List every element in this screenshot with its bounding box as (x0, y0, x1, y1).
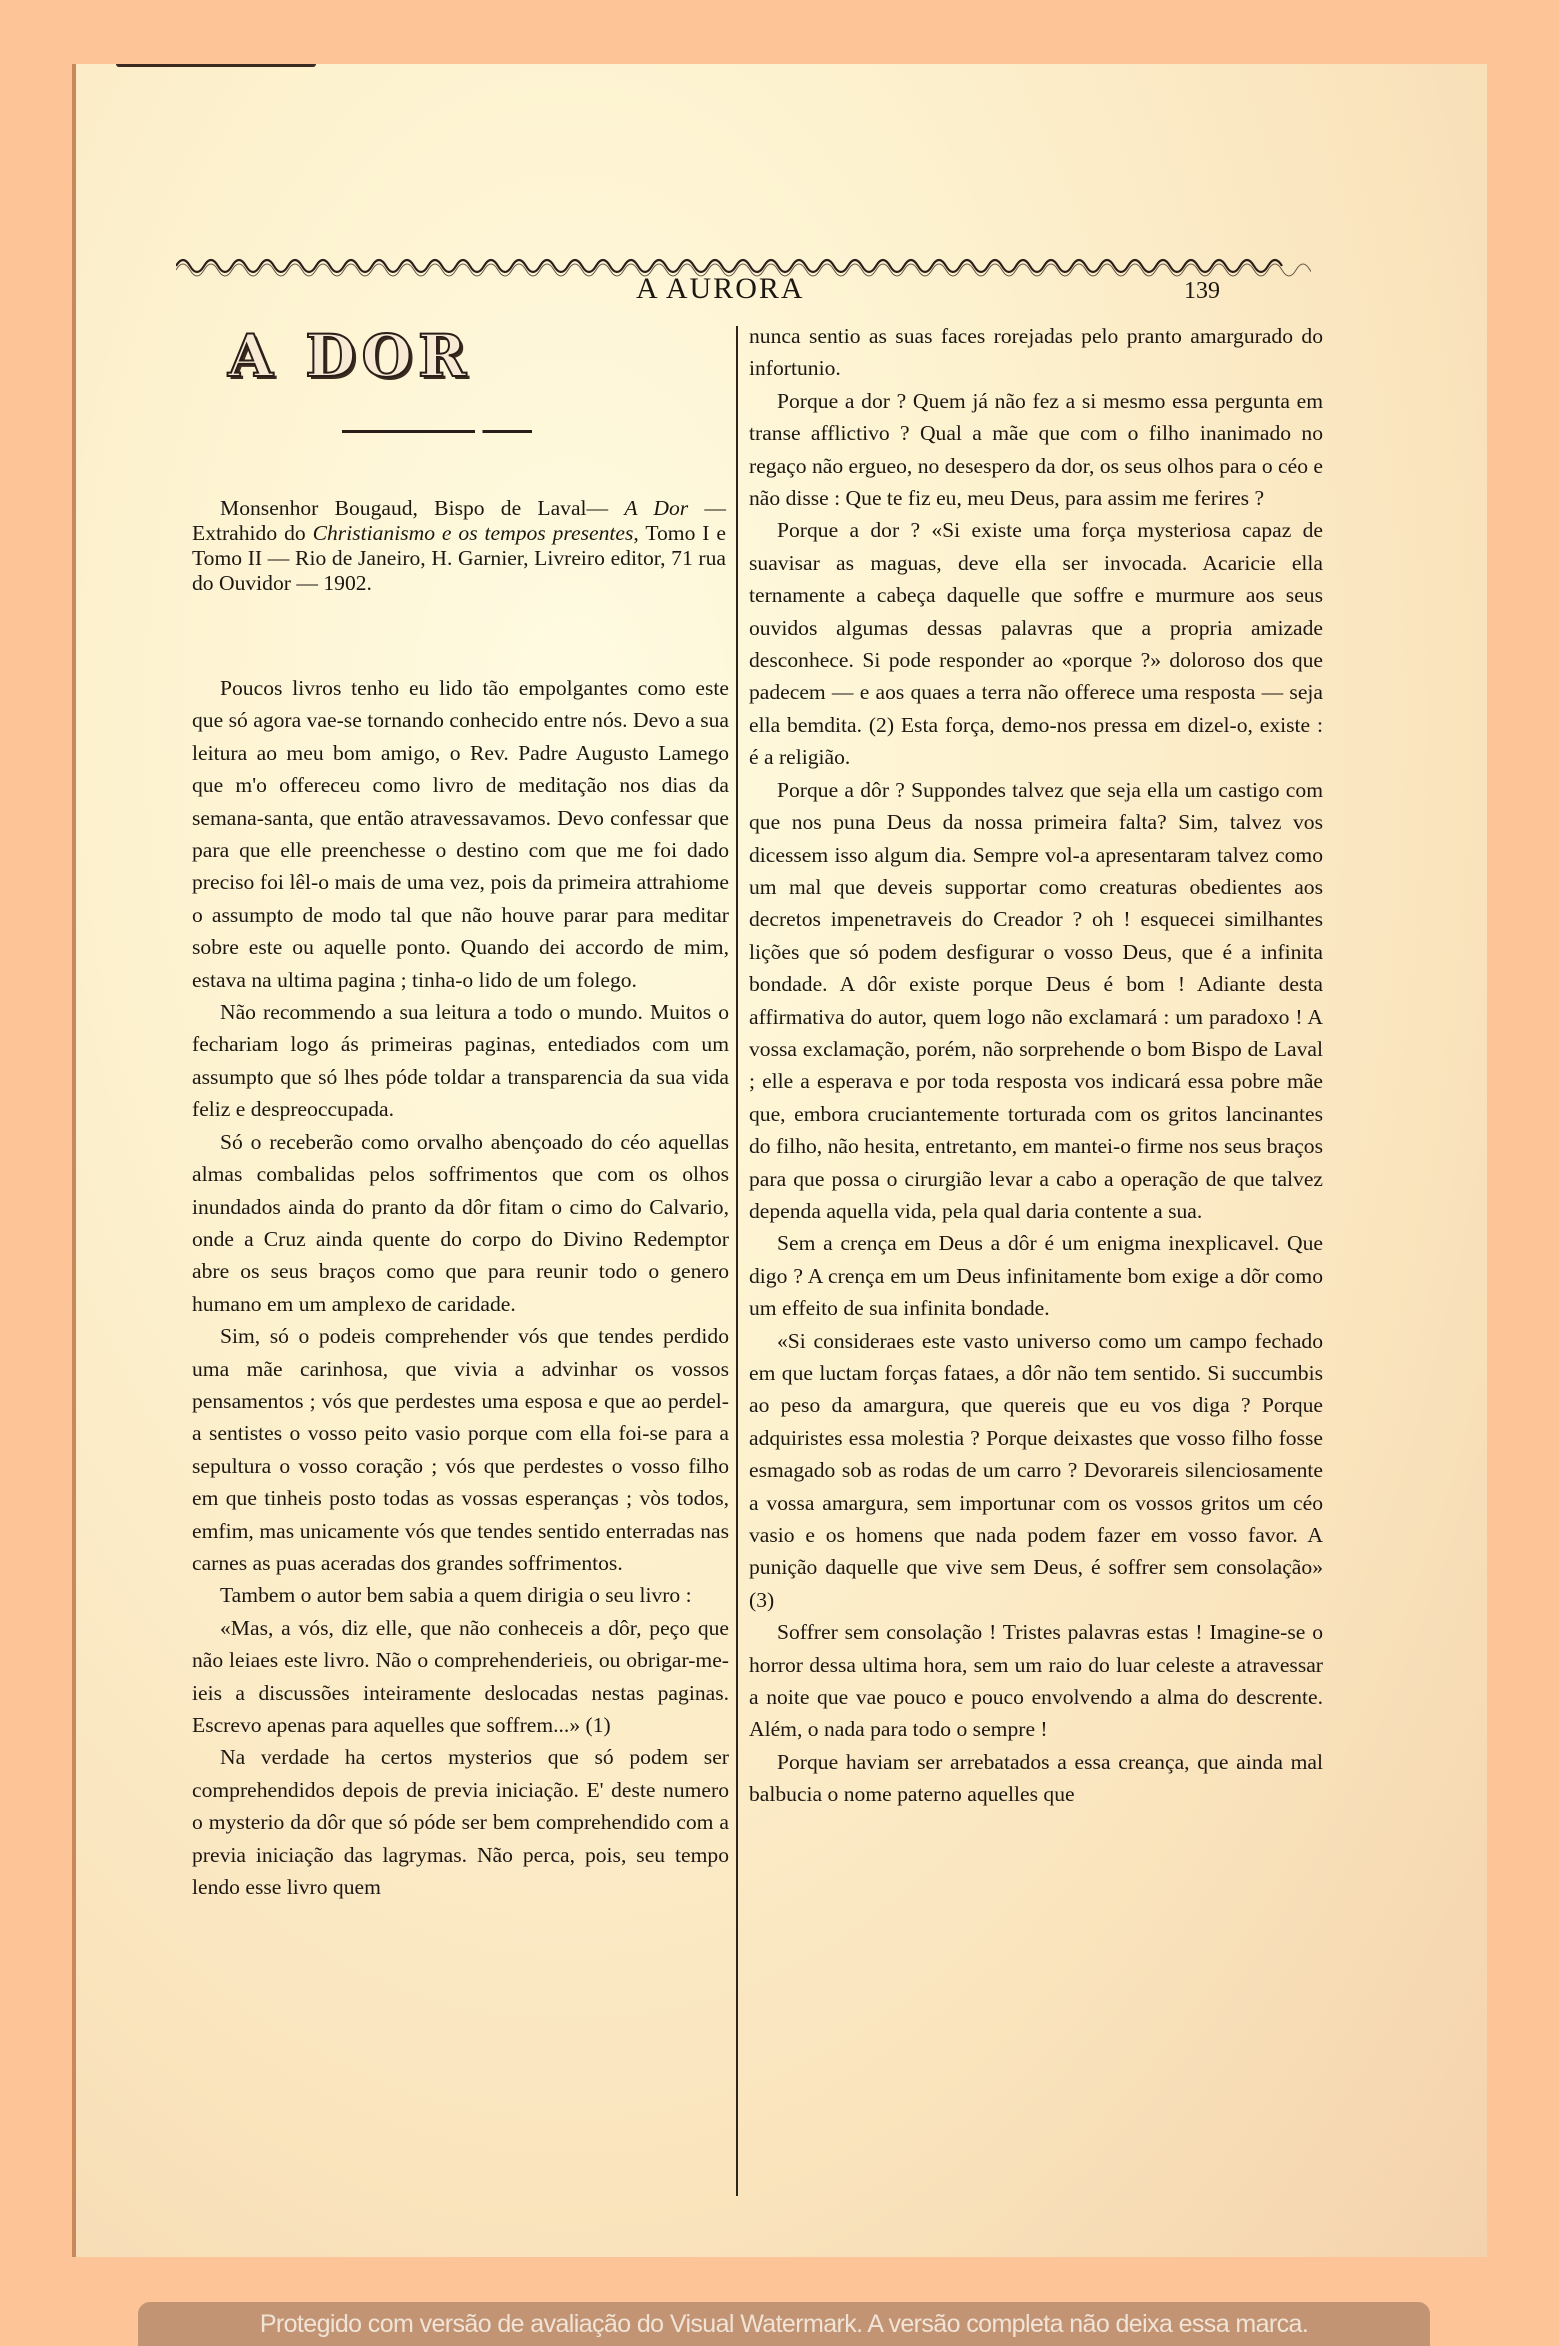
running-header: A AURORA 139 (76, 210, 1487, 250)
scanned-page: A AURORA 139 A DOR Monsenhor Bougaud, Bi… (72, 64, 1487, 2257)
paragraph: Não recommendo a sua leitura a todo o mu… (192, 996, 729, 1126)
paragraph: Tambem o autor bem sabia a quem dirigia … (192, 1579, 729, 1611)
paragraph: «Mas, a vós, diz elle, que não conheceis… (192, 1612, 729, 1742)
paragraph-continuation: nunca sentio as suas faces rorejadas pel… (749, 320, 1323, 385)
paragraph: Porque a dor ? Quem já não fez a si mesm… (749, 385, 1323, 515)
article-title: A DOR (228, 322, 558, 390)
left-column: Poucos livros tenho eu lido tão empolgan… (192, 672, 729, 1903)
paragraph: Na verdade ha certos mysterios que só po… (192, 1741, 729, 1903)
paragraph: Soffrer sem consolação ! Tristes palavra… (749, 1616, 1323, 1746)
article-title-block: A DOR (192, 322, 729, 472)
paragraph: Porque haviam ser arrebatados a essa cre… (749, 1746, 1323, 1811)
paragraph: «Si consideraes este vasto universo como… (749, 1325, 1323, 1617)
title-rule (342, 430, 532, 433)
wavy-ornament-rule (176, 256, 1311, 282)
paragraph: Sem a crença em Deus a dôr é um enigma i… (749, 1227, 1323, 1324)
column-divider (736, 326, 738, 2196)
paragraph: Poucos livros tenho eu lido tão empolgan… (192, 672, 729, 996)
watermark-banner: Protegido com versão de avaliação do Vis… (138, 2302, 1430, 2346)
page-number: 139 (1184, 278, 1220, 305)
paragraph: Porque a dor ? «Si existe uma força myst… (749, 514, 1323, 773)
paragraph: Sim, só o podeis comprehender vós que te… (192, 1320, 729, 1579)
paragraph: Porque a dôr ? Suppondes talvez que seja… (749, 774, 1323, 1228)
paragraph: Só o receberão como orvalho abençoado do… (192, 1126, 729, 1320)
bibliographic-citation: Monsenhor Bougaud, Bispo de Laval— A Dor… (192, 496, 726, 596)
right-column: nunca sentio as suas faces rorejadas pel… (749, 320, 1323, 1811)
